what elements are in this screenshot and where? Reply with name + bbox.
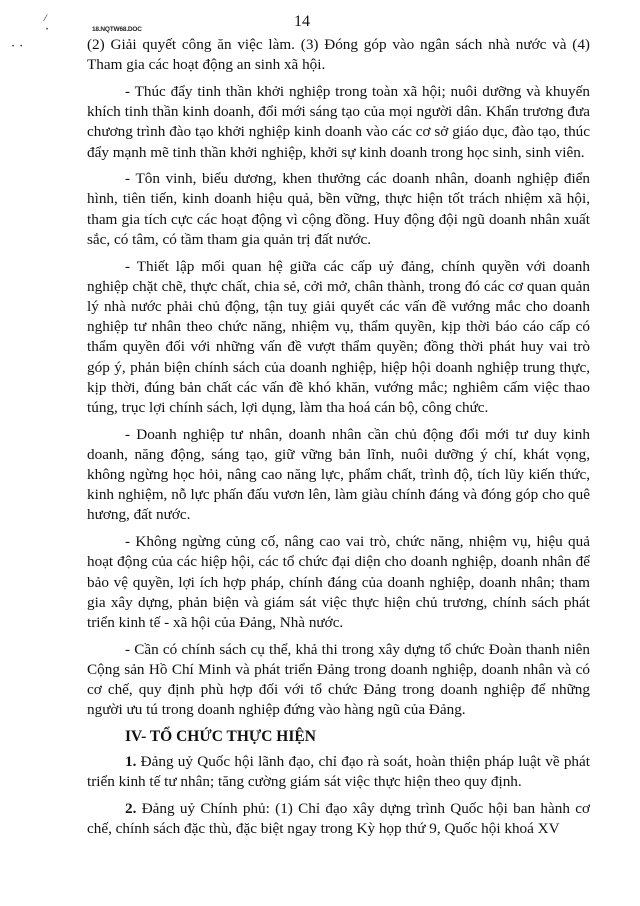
- file-identifier: 18.NQTW68.DOC: [92, 26, 142, 33]
- item-text: Đảng uỷ Chính phủ: (1) Chỉ đạo xây dựng …: [87, 800, 590, 837]
- paragraph: - Tôn vinh, biểu dương, khen thưởng các …: [87, 169, 590, 250]
- item-number: 1.: [125, 753, 136, 770]
- item-text: Đảng uỷ Quốc hội lãnh đạo, chỉ đạo rà so…: [87, 753, 590, 790]
- scan-artifact: ••: [12, 44, 28, 50]
- paragraph: - Không ngừng củng cố, nâng cao vai trò,…: [87, 532, 590, 633]
- scan-artifact: •: [46, 27, 48, 33]
- paragraph: - Thiết lập mối quan hệ giữa các cấp uỷ …: [87, 257, 590, 419]
- numbered-item: 1. Đảng uỷ Quốc hội lãnh đạo, chỉ đạo rà…: [87, 752, 590, 792]
- paragraph: - Thúc đẩy tinh thần khởi nghiệp trong t…: [87, 82, 590, 163]
- paragraph: - Doanh nghiệp tư nhân, doanh nhân cần c…: [87, 425, 590, 526]
- item-number: 2.: [125, 800, 136, 817]
- document-body: (2) Giải quyết công ăn việc làm. (3) Đón…: [87, 35, 590, 846]
- scan-artifact: ⁄: [45, 14, 47, 23]
- document-page: ⁄ • •• 18.NQTW68.DOC 14 (2) Giải quyết c…: [0, 0, 640, 906]
- paragraph: - Cần có chính sách cụ thể, khả thi tron…: [87, 640, 590, 721]
- paragraph: (2) Giải quyết công ăn việc làm. (3) Đón…: [87, 35, 590, 75]
- page-number: 14: [272, 13, 332, 31]
- section-heading: IV- TỔ CHỨC THỰC HIỆN: [87, 727, 590, 747]
- numbered-item: 2. Đảng uỷ Chính phủ: (1) Chỉ đạo xây dự…: [87, 799, 590, 839]
